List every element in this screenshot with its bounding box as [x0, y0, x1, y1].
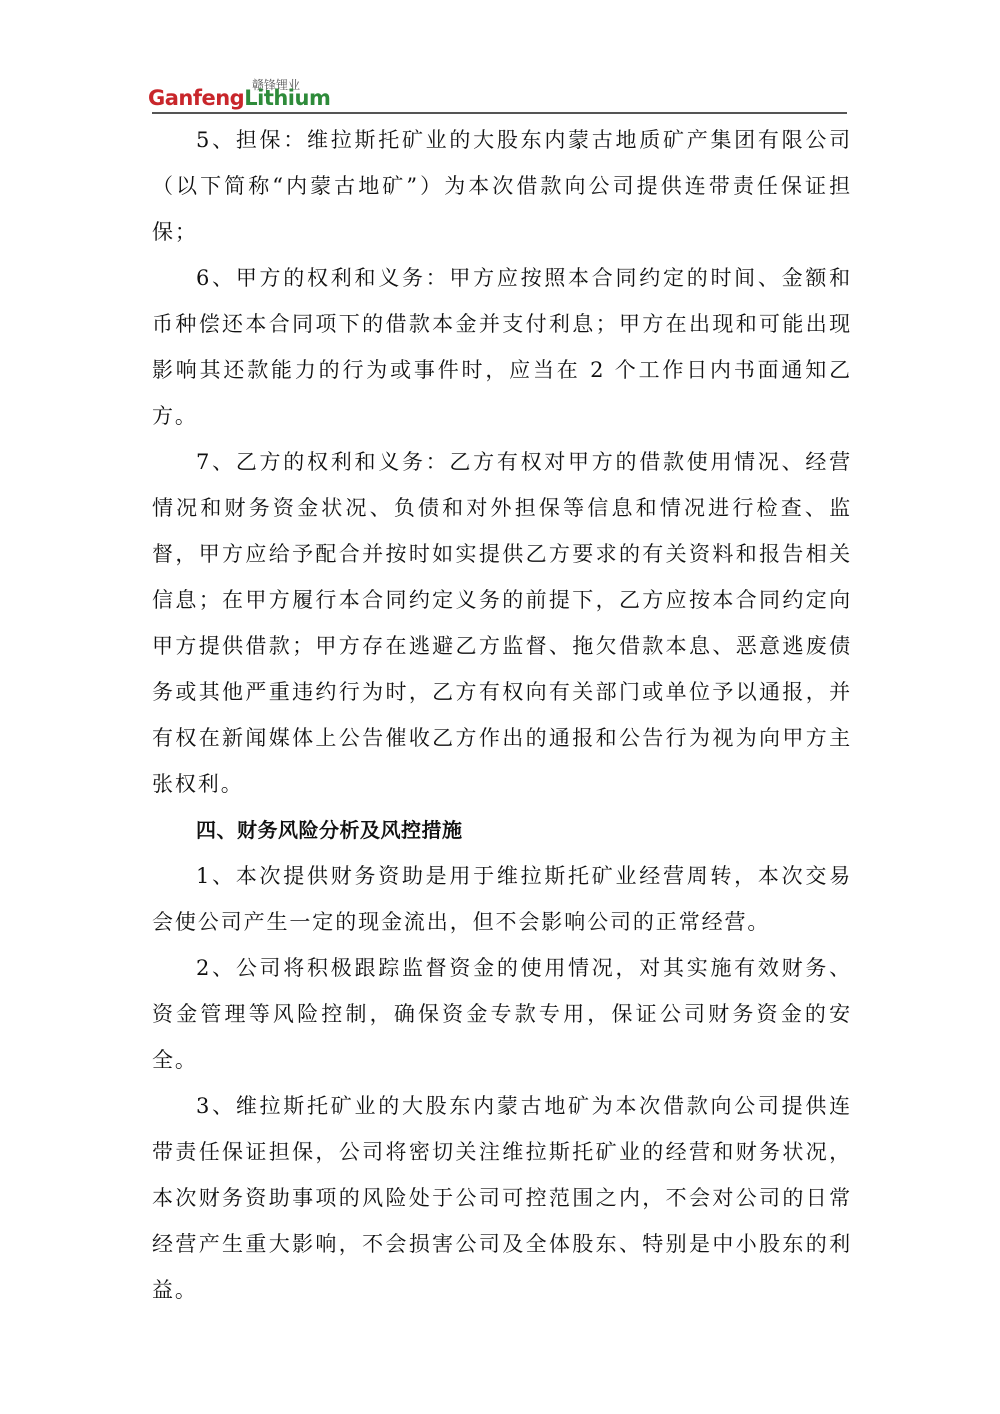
header-divider	[152, 112, 847, 114]
logo-ganfeng-text: Ganfeng	[148, 86, 244, 110]
document-body: 5、担保：维拉斯托矿业的大股东内蒙古地质矿产集团有限公司（以下简称“内蒙古地矿”…	[152, 117, 852, 1313]
paragraph-party-b-rights: 7、乙方的权利和义务：乙方有权对甲方的借款使用情况、经营情况和财务资金状况、负债…	[152, 439, 852, 807]
section-heading-risk-analysis: 四、财务风险分析及风控措施	[152, 807, 852, 853]
paragraph-risk-3: 3、维拉斯托矿业的大股东内蒙古地矿为本次借款向公司提供连带责任保证担保，公司将密…	[152, 1083, 852, 1313]
logo-lithium-text: Lithium	[244, 86, 330, 110]
paragraph-party-a-rights: 6、甲方的权利和义务：甲方应按照本合同约定的时间、金额和币种偿还本合同项下的借款…	[152, 255, 852, 439]
paragraph-risk-2: 2、公司将积极跟踪监督资金的使用情况，对其实施有效财务、资金管理等风险控制，确保…	[152, 945, 852, 1083]
company-logo: 赣锋锂业 GanfengLithium	[148, 76, 348, 112]
logo-english-name: GanfengLithium	[148, 86, 330, 110]
document-page: 赣锋锂业 GanfengLithium 5、担保：维拉斯托矿业的大股东内蒙古地质…	[0, 0, 1000, 1414]
paragraph-risk-1: 1、本次提供财务资助是用于维拉斯托矿业经营周转，本次交易会使公司产生一定的现金流…	[152, 853, 852, 945]
paragraph-guarantee: 5、担保：维拉斯托矿业的大股东内蒙古地质矿产集团有限公司（以下简称“内蒙古地矿”…	[152, 117, 852, 255]
